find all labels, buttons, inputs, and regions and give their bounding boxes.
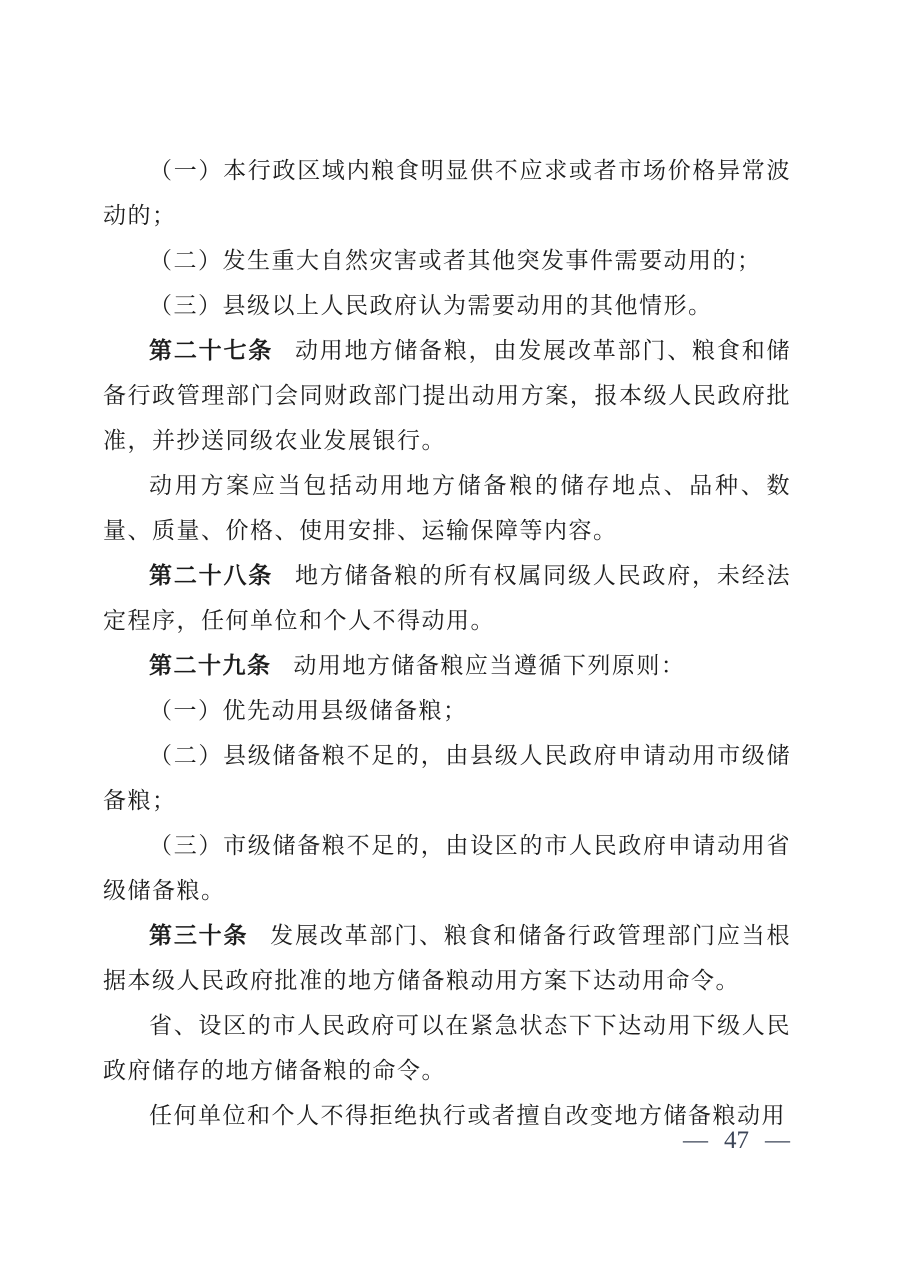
list-item: （一）本行政区域内粮食明显供不应求或者市场价格异常波动的；: [103, 148, 791, 238]
paragraph-text: （一）优先动用县级储备粮；: [149, 698, 468, 723]
article-paragraph: 第二十九条动用地方储备粮应当遵循下列原则：: [103, 643, 791, 688]
paragraph-text: （二）县级储备粮不足的，由县级人民政府申请动用市级储备粮；: [103, 743, 791, 813]
document-page: （一）本行政区域内粮食明显供不应求或者市场价格异常波动的； （二）发生重大自然灾…: [0, 0, 900, 1272]
article-paragraph: 第二十七条动用地方储备粮，由发展改革部门、粮食和储备行政管理部门会同财政部门提出…: [103, 328, 791, 463]
footer-dash-right: —: [765, 1124, 790, 1158]
paragraph-text: （三）县级以上人民政府认为需要动用的其他情形。: [149, 293, 713, 318]
article-paragraph: 第三十条发展改革部门、粮食和储备行政管理部门应当根据本级人民政府批准的地方储备粮…: [103, 913, 791, 1003]
article-number: 第三十条: [149, 922, 248, 948]
list-item: （三）市级储备粮不足的，由设区的市人民政府申请动用省级储备粮。: [103, 823, 791, 913]
document-body: （一）本行政区域内粮食明显供不应求或者市场价格异常波动的； （二）发生重大自然灾…: [103, 148, 791, 1138]
article-paragraph: 第二十八条地方储备粮的所有权属同级人民政府，未经法定程序，任何单位和个人不得动用…: [103, 553, 791, 643]
body-paragraph: 省、设区的市人民政府可以在紧急状态下下达动用下级人民政府储存的地方储备粮的命令。: [103, 1003, 791, 1093]
list-item: （二）县级储备粮不足的，由县级人民政府申请动用市级储备粮；: [103, 733, 791, 823]
paragraph-text: 动用地方储备粮应当遵循下列原则：: [293, 653, 685, 678]
article-number: 第二十七条: [149, 337, 273, 363]
body-paragraph: 动用方案应当包括动用地方储备粮的储存地点、品种、数量、质量、价格、使用安排、运输…: [103, 463, 791, 553]
page-footer: — 47 —: [683, 1124, 790, 1158]
page-number: 47: [724, 1124, 749, 1158]
paragraph-text: 省、设区的市人民政府可以在紧急状态下下达动用下级人民政府储存的地方储备粮的命令。: [103, 1013, 791, 1083]
paragraph-text: （一）本行政区域内粮食明显供不应求或者市场价格异常波动的；: [103, 158, 791, 228]
list-item: （一）优先动用县级储备粮；: [103, 688, 791, 733]
footer-dash-left: —: [683, 1124, 708, 1158]
paragraph-text: （二）发生重大自然灾害或者其他突发事件需要动用的；: [149, 248, 762, 273]
paragraph-text: （三）市级储备粮不足的，由设区的市人民政府申请动用省级储备粮。: [103, 833, 791, 903]
article-number: 第二十八条: [149, 562, 273, 588]
list-item: （二）发生重大自然灾害或者其他突发事件需要动用的；: [103, 238, 791, 283]
list-item: （三）县级以上人民政府认为需要动用的其他情形。: [103, 283, 791, 328]
paragraph-text: 动用方案应当包括动用地方储备粮的储存地点、品种、数量、质量、价格、使用安排、运输…: [103, 473, 791, 543]
article-number: 第二十九条: [149, 652, 272, 678]
